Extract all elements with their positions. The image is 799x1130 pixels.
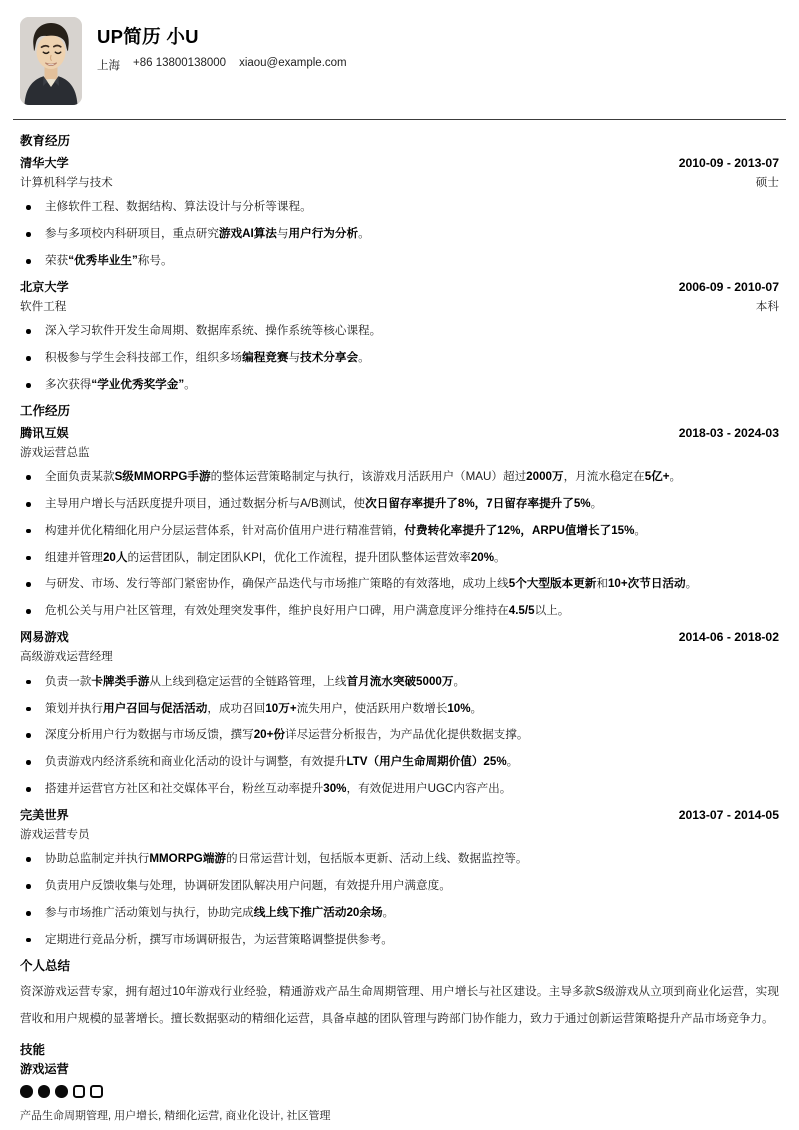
entry-degree: 硕士 — [756, 176, 779, 190]
bullet-dot-icon — [26, 529, 31, 534]
avatar-photo-icon — [20, 17, 82, 105]
bullet-item: 参与市场推广活动策划与执行，协助完成线上线下推广活动20余场。 — [20, 905, 779, 922]
entry-subtitle: 高级游戏运营经理 — [20, 650, 779, 664]
skill-keywords: 产品生命周期管理, 用户增长, 精细化运营, 商业化设计, 社区管理 — [20, 1107, 779, 1123]
section-skills: 技能游戏运营产品生命周期管理, 用户增长, 精细化运营, 商业化设计, 社区管理 — [20, 1043, 779, 1123]
bullet-item: 主修软件工程、数据结构、算法设计与分析等课程。 — [20, 199, 779, 216]
bullet-text: 策划并执行用户召回与促活活动，成功召回10万+流失用户，使活跃用户数增长10%。 — [45, 702, 482, 715]
bullet-dot-icon — [26, 733, 31, 738]
entry-header: 腾讯互娱2018-03 - 2024-03 — [20, 426, 779, 441]
bullet-text: 协助总监制定并执行MMORPG端游的日常运营计划，包括版本更新、活动上线、数据监… — [45, 852, 527, 865]
entry-header: 网易游戏2014-06 - 2018-02 — [20, 630, 779, 645]
entry: 完美世界2013-07 - 2014-05游戏运营专员协助总监制定并执行MMOR… — [20, 808, 779, 949]
bullet-dot-icon — [26, 475, 31, 480]
bullet-text: 构建并优化精细化用户分层运营体系，针对高价值用户进行精准营销，付费转化率提升了1… — [45, 524, 646, 537]
bullet-dot-icon — [26, 609, 31, 614]
bullet-item: 协助总监制定并执行MMORPG端游的日常运营计划，包括版本更新、活动上线、数据监… — [20, 851, 779, 868]
bullet-dot-icon — [26, 680, 31, 685]
skill-dot-filled-icon — [38, 1085, 51, 1098]
contact-line: 上海 +86 13800138000 xiaou@example.com — [97, 57, 347, 73]
bullet-text: 危机公关与用户社区管理，有效处理突发事件，维护良好用户口碑，用户满意度评分维持在… — [45, 604, 569, 617]
contact-phone: +86 13800138000 — [133, 57, 226, 73]
bullet-text: 深度分析用户行为数据与市场反馈，撰写20+份详尽运营分析报告，为产品优化提供数据… — [45, 728, 528, 741]
entry-role: 游戏运营专员 — [20, 828, 90, 842]
bullet-dot-icon — [26, 582, 31, 587]
bullet-list: 主修软件工程、数据结构、算法设计与分析等课程。参与多项校内科研项目，重点研究游戏… — [20, 199, 779, 269]
entry: 网易游戏2014-06 - 2018-02高级游戏运营经理负责一款卡牌类手游从上… — [20, 630, 779, 798]
bullet-item: 全面负责某款S级MMORPG手游的整体运营策略制定与执行，该游戏月活跃用户（MA… — [20, 469, 779, 486]
bullet-text: 负责游戏内经济系统和商业化活动的设计与调整，有效提升LTV（用户生命周期价值）2… — [45, 755, 518, 768]
entry-org: 北京大学 — [20, 280, 69, 295]
entry-date: 2010-09 - 2013-07 — [679, 156, 779, 171]
section-work: 工作经历腾讯互娱2018-03 - 2024-03游戏运营总监全面负责某款S级M… — [20, 404, 779, 949]
bullet-dot-icon — [26, 760, 31, 765]
skill-rating — [20, 1085, 779, 1098]
bullet-text: 全面负责某款S级MMORPG手游的整体运营策略制定与执行，该游戏月活跃用户（MA… — [45, 470, 681, 483]
bullet-dot-icon — [26, 205, 31, 210]
entry-role: 计算机科学与技术 — [20, 176, 113, 190]
bullet-dot-icon — [26, 707, 31, 712]
entry: 腾讯互娱2018-03 - 2024-03游戏运营总监全面负责某款S级MMORP… — [20, 426, 779, 621]
bullet-dot-icon — [26, 884, 31, 889]
bullet-dot-icon — [26, 787, 31, 792]
skill-dot-empty-icon — [73, 1085, 86, 1098]
bullet-dot-icon — [26, 502, 31, 507]
bullet-item: 与研发、市场、发行等部门紧密协作，确保产品迭代与市场推广策略的有效落地，成功上线… — [20, 576, 779, 593]
skill-dot-filled-icon — [55, 1085, 68, 1098]
resume-body: 教育经历清华大学2010-09 - 2013-07计算机科学与技术硕士主修软件工… — [20, 134, 779, 1123]
bullet-dot-icon — [26, 356, 31, 361]
bullet-text: 组建并管理20人的运营团队，制定团队KPI，优化工作流程，提升团队整体运营效率2… — [45, 551, 506, 564]
bullet-item: 负责用户反馈收集与处理，协调研发团队解决用户问题，有效提升用户满意度。 — [20, 878, 779, 895]
bullet-list: 负责一款卡牌类手游从上线到稳定运营的全链路管理，上线首月流水突破5000万。策划… — [20, 674, 779, 798]
entry-date: 2006-09 - 2010-07 — [679, 280, 779, 295]
bullet-text: 多次获得“学业优秀奖学金”。 — [45, 378, 196, 391]
entry-date: 2014-06 - 2018-02 — [679, 630, 779, 645]
bullet-item: 构建并优化精细化用户分层运营体系，针对高价值用户进行精准营销，付费转化率提升了1… — [20, 523, 779, 540]
bullet-text: 参与市场推广活动策划与执行，协助完成线上线下推广活动20余场。 — [45, 906, 394, 919]
entry-role: 高级游戏运营经理 — [20, 650, 113, 664]
bullet-item: 深度分析用户行为数据与市场反馈，撰写20+份详尽运营分析报告，为产品优化提供数据… — [20, 727, 779, 744]
bullet-text: 参与多项校内科研项目，重点研究游戏AI算法与用户行为分析。 — [45, 227, 370, 240]
bullet-text: 荣获“优秀毕业生”称号。 — [45, 254, 173, 267]
bullet-item: 多次获得“学业优秀奖学金”。 — [20, 377, 779, 394]
entry-subtitle: 计算机科学与技术硕士 — [20, 176, 779, 190]
bullet-text: 负责一款卡牌类手游从上线到稳定运营的全链路管理，上线首月流水突破5000万。 — [45, 675, 465, 688]
header-divider — [13, 119, 786, 120]
bullet-text: 与研发、市场、发行等部门紧密协作，确保产品迭代与市场推广策略的有效落地，成功上线… — [45, 577, 697, 590]
entry-org: 完美世界 — [20, 808, 69, 823]
entry-role: 游戏运营总监 — [20, 446, 90, 460]
section-summary: 个人总结资深游戏运营专家，拥有超过10年游戏行业经验，精通游戏产品生命周期管理、… — [20, 959, 779, 1033]
skill-name: 游戏运营 — [20, 1062, 779, 1078]
bullet-item: 定期进行竞品分析，撰写市场调研报告，为运营策略调整提供参考。 — [20, 932, 779, 949]
identity-block: UP简历 小U 上海 +86 13800138000 xiaou@example… — [97, 17, 347, 73]
contact-email: xiaou@example.com — [239, 57, 347, 73]
bullet-item: 荣获“优秀毕业生”称号。 — [20, 253, 779, 270]
entry: 清华大学2010-09 - 2013-07计算机科学与技术硕士主修软件工程、数据… — [20, 156, 779, 270]
bullet-list: 协助总监制定并执行MMORPG端游的日常运营计划，包括版本更新、活动上线、数据监… — [20, 851, 779, 948]
entry: 北京大学2006-09 - 2010-07软件工程本科深入学习软件开发生命周期、… — [20, 280, 779, 394]
section-title: 教育经历 — [20, 134, 779, 150]
section-title: 个人总结 — [20, 959, 779, 975]
bullet-dot-icon — [26, 938, 31, 943]
section-title: 技能 — [20, 1043, 779, 1059]
bullet-item: 深入学习软件开发生命周期、数据库系统、操作系统等核心课程。 — [20, 323, 779, 340]
entry-header: 完美世界2013-07 - 2014-05 — [20, 808, 779, 823]
bullet-item: 参与多项校内科研项目，重点研究游戏AI算法与用户行为分析。 — [20, 226, 779, 243]
skill-dot-empty-icon — [90, 1085, 103, 1098]
entry-subtitle: 软件工程本科 — [20, 300, 779, 314]
entry-date: 2013-07 - 2014-05 — [679, 808, 779, 823]
entry-header: 北京大学2006-09 - 2010-07 — [20, 280, 779, 295]
bullet-text: 主导用户增长与活跃度提升项目，通过数据分析与A/B测试，使次日留存率提升了8%，… — [45, 497, 602, 510]
section-title: 工作经历 — [20, 404, 779, 420]
bullet-text: 主修软件工程、数据结构、算法设计与分析等课程。 — [45, 200, 312, 213]
resume-header: UP简历 小U 上海 +86 13800138000 xiaou@example… — [20, 17, 779, 105]
bullet-dot-icon — [26, 383, 31, 388]
summary-text: 资深游戏运营专家，拥有超过10年游戏行业经验，精通游戏产品生命周期管理、用户增长… — [20, 979, 779, 1032]
bullet-text: 负责用户反馈收集与处理，协调研发团队解决用户问题，有效提升用户满意度。 — [45, 879, 451, 892]
entry-subtitle: 游戏运营总监 — [20, 446, 779, 460]
bullet-dot-icon — [26, 259, 31, 264]
bullet-dot-icon — [26, 329, 31, 334]
bullet-item: 负责一款卡牌类手游从上线到稳定运营的全链路管理，上线首月流水突破5000万。 — [20, 674, 779, 691]
skill-dot-filled-icon — [20, 1085, 33, 1098]
bullet-dot-icon — [26, 556, 31, 561]
entry-header: 清华大学2010-09 - 2013-07 — [20, 156, 779, 171]
bullet-item: 危机公关与用户社区管理，有效处理突发事件，维护良好用户口碑，用户满意度评分维持在… — [20, 603, 779, 620]
bullet-text: 深入学习软件开发生命周期、数据库系统、操作系统等核心课程。 — [45, 324, 381, 337]
entry-role: 软件工程 — [20, 300, 66, 314]
bullet-item: 积极参与学生会科技部工作，组织多场编程竞赛与技术分享会。 — [20, 350, 779, 367]
bullet-item: 策划并执行用户召回与促活活动，成功召回10万+流失用户，使活跃用户数增长10%。 — [20, 701, 779, 718]
bullet-dot-icon — [26, 232, 31, 237]
entry-date: 2018-03 - 2024-03 — [679, 426, 779, 441]
person-name: UP简历 小U — [97, 26, 347, 48]
bullet-text: 搭建并运营官方社区和社交媒体平台，粉丝互动率提升30%，有效促进用户UGC内容产… — [45, 782, 511, 795]
avatar — [20, 17, 82, 105]
resume-page: UP简历 小U 上海 +86 13800138000 xiaou@example… — [0, 0, 799, 1123]
bullet-item: 组建并管理20人的运营团队，制定团队KPI，优化工作流程，提升团队整体运营效率2… — [20, 550, 779, 567]
bullet-item: 主导用户增长与活跃度提升项目，通过数据分析与A/B测试，使次日留存率提升了8%，… — [20, 496, 779, 513]
bullet-item: 负责游戏内经济系统和商业化活动的设计与调整，有效提升LTV（用户生命周期价值）2… — [20, 754, 779, 771]
bullet-item: 搭建并运营官方社区和社交媒体平台，粉丝互动率提升30%，有效促进用户UGC内容产… — [20, 781, 779, 798]
entry-org: 清华大学 — [20, 156, 69, 171]
bullet-dot-icon — [26, 911, 31, 916]
entry-org: 腾讯互娱 — [20, 426, 69, 441]
entry-degree: 本科 — [756, 300, 779, 314]
entry-org: 网易游戏 — [20, 630, 69, 645]
bullet-list: 全面负责某款S级MMORPG手游的整体运营策略制定与执行，该游戏月活跃用户（MA… — [20, 469, 779, 620]
section-education: 教育经历清华大学2010-09 - 2013-07计算机科学与技术硕士主修软件工… — [20, 134, 779, 394]
entry-subtitle: 游戏运营专员 — [20, 828, 779, 842]
bullet-dot-icon — [26, 857, 31, 862]
bullet-text: 积极参与学生会科技部工作，组织多场编程竞赛与技术分享会。 — [45, 351, 370, 364]
bullet-text: 定期进行竞品分析，撰写市场调研报告，为运营策略调整提供参考。 — [45, 933, 393, 946]
bullet-list: 深入学习软件开发生命周期、数据库系统、操作系统等核心课程。积极参与学生会科技部工… — [20, 323, 779, 393]
contact-location: 上海 — [97, 57, 120, 73]
